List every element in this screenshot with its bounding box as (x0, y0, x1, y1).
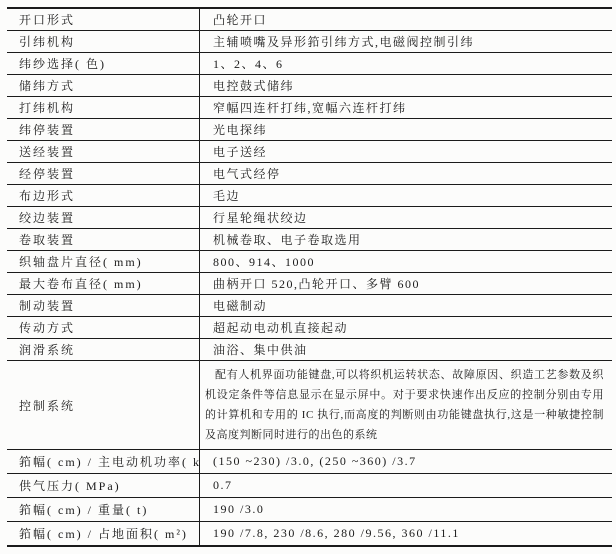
table-row: 打纬机构窄幅四连杆打纬,宽幅六连杆打纬 (7, 97, 612, 119)
spec-label: 润滑系统 (7, 339, 200, 361)
spec-label: 纬纱选择( 色) (7, 53, 200, 75)
table-row: 送经装置电子送经 (7, 141, 612, 163)
table-row: 纬停装置光电探纬 (7, 119, 612, 141)
spec-label: 送经装置 (7, 141, 200, 163)
spec-value: 毛边 (200, 185, 613, 207)
spec-label: 筘幅( cm) / 占地面积( m²) (7, 522, 200, 547)
spec-value: 电控鼓式储纬 (200, 75, 613, 97)
table-row: 储纬方式电控鼓式储纬 (7, 75, 612, 97)
spec-label: 绞边装置 (7, 207, 200, 229)
spec-label: 经停装置 (7, 163, 200, 185)
spec-label: 最大卷布直径( mm) (7, 273, 200, 295)
table-row: 织轴盘片直径( mm)800、914、1000 (7, 251, 612, 273)
spec-value: 凸轮开口 (200, 8, 613, 31)
spec-value: 行星轮绳状绞边 (200, 207, 613, 229)
spec-value: (150 ~230) /3.0, (250 ~360) /3.7 (200, 450, 613, 474)
spec-value: 190 /3.0 (200, 498, 613, 522)
table-row: 开口形式凸轮开口 (7, 8, 612, 31)
spec-label: 制动装置 (7, 295, 200, 317)
table-row: 制动装置电磁制动 (7, 295, 612, 317)
table-row: 经停装置电气式经停 (7, 163, 612, 185)
table-row: 筘幅( cm) / 重量( t)190 /3.0 (7, 498, 612, 522)
spec-label: 传动方式 (7, 317, 200, 339)
table-row: 绞边装置行星轮绳状绞边 (7, 207, 612, 229)
spec-value: 800、914、1000 (200, 251, 613, 273)
spec-value: 光电探纬 (200, 119, 613, 141)
table-row: 卷取装置机械卷取、电子卷取选用 (7, 229, 612, 251)
spec-label: 布边形式 (7, 185, 200, 207)
spec-value: 0.7 (200, 474, 613, 498)
table-row: 润滑系统油浴、集中供油 (7, 339, 612, 361)
spec-label: 打纬机构 (7, 97, 200, 119)
table-row: 供气压力( MPa)0.7 (7, 474, 612, 498)
spec-label: 引纬机构 (7, 31, 200, 53)
spec-label: 储纬方式 (7, 75, 200, 97)
table-row: 传动方式超起动电动机直接起动 (7, 317, 612, 339)
spec-value: 油浴、集中供油 (200, 339, 613, 361)
spec-label: 筘幅( cm) / 主电动机功率( kW) (7, 450, 200, 474)
table-row: 最大卷布直径( mm)曲柄开口 520,凸轮开口、多臂 600 (7, 273, 612, 295)
spec-value: 主辅喷嘴及异形筘引纬方式,电磁阀控制引纬 (200, 31, 613, 53)
spec-value: 超起动电动机直接起动 (200, 317, 613, 339)
table-row: 布边形式毛边 (7, 185, 612, 207)
loom-spec-table: 开口形式凸轮开口引纬机构主辅喷嘴及异形筘引纬方式,电磁阀控制引纬纬纱选择( 色)… (7, 7, 612, 547)
spec-label: 供气压力( MPa) (7, 474, 200, 498)
spec-value: 电子送经 (200, 141, 613, 163)
spec-value: 190 /7.8, 230 /8.6, 280 /9.56, 360 /11.1 (200, 522, 613, 547)
spec-value: 1、2、4、6 (200, 53, 613, 75)
spec-value: 电磁制动 (200, 295, 613, 317)
spec-label: 筘幅( cm) / 重量( t) (7, 498, 200, 522)
spec-value: 曲柄开口 520,凸轮开口、多臂 600 (200, 273, 613, 295)
spec-value: 机械卷取、电子卷取选用 (200, 229, 613, 251)
scanned-document-page: 开口形式凸轮开口引纬机构主辅喷嘴及异形筘引纬方式,电磁阀控制引纬纬纱选择( 色)… (0, 0, 616, 554)
spec-label: 开口形式 (7, 8, 200, 31)
table-row: 控制系统配有人机界面功能键盘,可以将织机运转状态、故障原因、织造工艺参数及织机设… (7, 361, 612, 450)
table-row: 纬纱选择( 色)1、2、4、6 (7, 53, 612, 75)
spec-label: 控制系统 (7, 361, 200, 450)
table-row: 筘幅( cm) / 占地面积( m²)190 /7.8, 230 /8.6, 2… (7, 522, 612, 547)
spec-label: 织轴盘片直径( mm) (7, 251, 200, 273)
spec-value: 电气式经停 (200, 163, 613, 185)
spec-value: 配有人机界面功能键盘,可以将织机运转状态、故障原因、织造工艺参数及织机设定条件等… (200, 361, 613, 450)
table-row: 筘幅( cm) / 主电动机功率( kW)(150 ~230) /3.0, (2… (7, 450, 612, 474)
spec-value: 窄幅四连杆打纬,宽幅六连杆打纬 (200, 97, 613, 119)
spec-table-body: 开口形式凸轮开口引纬机构主辅喷嘴及异形筘引纬方式,电磁阀控制引纬纬纱选择( 色)… (7, 8, 612, 546)
spec-label: 纬停装置 (7, 119, 200, 141)
spec-label: 卷取装置 (7, 229, 200, 251)
table-row: 引纬机构主辅喷嘴及异形筘引纬方式,电磁阀控制引纬 (7, 31, 612, 53)
